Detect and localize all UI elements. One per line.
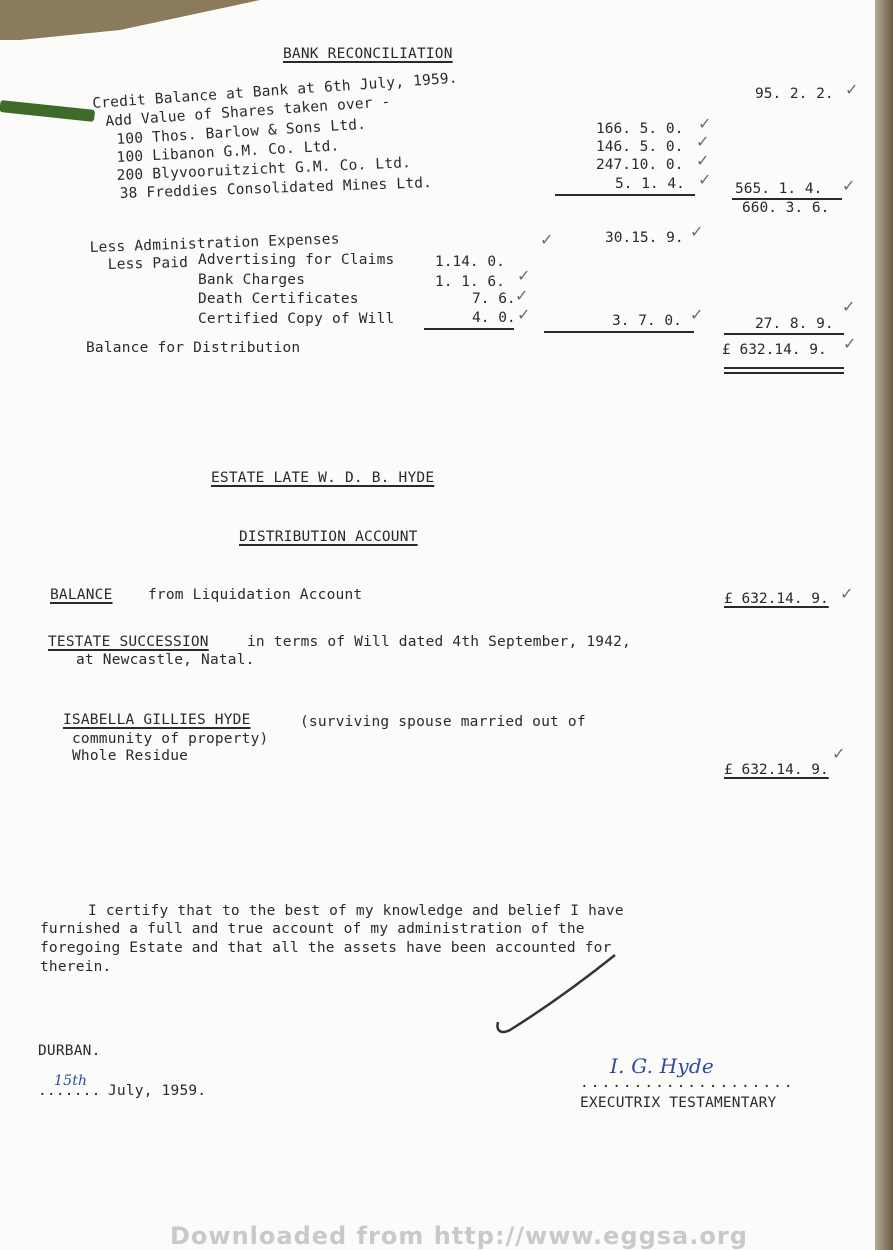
double-rule	[724, 372, 844, 374]
sum-rule	[555, 194, 695, 196]
balance-heading: BALANCE	[50, 587, 113, 603]
check-mark-icon: ✓	[698, 114, 711, 133]
pen-check-stroke	[490, 950, 620, 1040]
residue-label: Whole Residue	[72, 748, 188, 764]
check-mark-icon: ✓	[842, 297, 855, 316]
certification-line: therein.	[40, 959, 111, 975]
paid-item-amount: 7. 6.	[472, 291, 516, 307]
check-mark-icon: ✓	[517, 266, 530, 285]
share-amount: 247.10. 0.	[596, 157, 683, 173]
paid-label: Less Paid	[108, 255, 189, 273]
beneficiary-note: (surviving spouse married out of	[300, 714, 586, 730]
share-amount: 146. 5. 0.	[596, 139, 683, 155]
page-edge	[875, 0, 893, 1250]
sum-rule	[544, 331, 694, 333]
date-text: July, 1959.	[108, 1083, 206, 1099]
credit-balance-amount: 95. 2. 2.	[755, 86, 834, 102]
check-mark-icon: ✓	[517, 305, 530, 324]
balance-text: from Liquidation Account	[148, 587, 362, 603]
check-mark-icon: ✓	[840, 584, 853, 603]
check-mark-icon: ✓	[696, 132, 709, 151]
residue-amount: £ 632.14. 9.	[724, 762, 829, 778]
testate-text: in terms of Will dated 4th September, 19…	[247, 634, 631, 650]
check-mark-icon: ✓	[832, 744, 845, 763]
shares-total: 565. 1. 4.	[735, 181, 822, 197]
sum-rule	[724, 333, 844, 335]
balance-amount: £ 632.14. 9.	[724, 591, 829, 607]
share-amount: 166. 5. 0.	[596, 121, 683, 137]
balance-distribution-label: Balance for Distribution	[86, 340, 300, 356]
testate-heading: TESTATE SUCCESSION	[48, 634, 209, 650]
paid-item-label: Bank Charges	[198, 272, 305, 288]
paid-item-amount: 4. 0.	[472, 310, 516, 326]
paid-item-label: Death Certificates	[198, 291, 359, 307]
double-rule	[724, 367, 844, 369]
testate-text-continued: at Newcastle, Natal.	[76, 652, 255, 668]
check-mark-icon: ✓	[843, 334, 856, 353]
place-label: DURBAN.	[38, 1043, 101, 1059]
bank-reconciliation-title: BANK RECONCILIATION	[283, 46, 453, 62]
check-mark-icon: ✓	[540, 230, 553, 249]
beneficiary-note-continued: community of property)	[72, 731, 268, 747]
check-mark-icon: ✓	[696, 151, 709, 170]
sum-rule	[424, 328, 514, 330]
paid-item-label: Certified Copy of Will	[198, 311, 394, 327]
subtotal: 660. 3. 6.	[742, 200, 829, 216]
watermark: Downloaded from http://www.eggsa.org	[170, 1222, 748, 1250]
beneficiary-name: ISABELLA GILLIES HYDE	[63, 712, 251, 728]
deductions-total: 27. 8. 9.	[755, 316, 834, 332]
check-mark-icon: ✓	[842, 176, 855, 195]
admin-expenses-amount: 30.15. 9.	[605, 230, 684, 246]
certification-line: I certify that to the best of my knowled…	[88, 903, 624, 919]
check-mark-icon: ✓	[690, 305, 703, 324]
handwritten-day: 15th	[54, 1073, 87, 1089]
paid-total: 3. 7. 0.	[612, 313, 682, 329]
certification-line: furnished a full and true account of my …	[40, 921, 585, 937]
paid-item-label: Advertising for Claims	[198, 252, 394, 268]
check-mark-icon: ✓	[845, 80, 858, 99]
check-mark-icon: ✓	[515, 286, 528, 305]
signature-dots: ....................	[580, 1075, 795, 1091]
balance-distribution-amount: £ 632.14. 9.	[722, 342, 827, 358]
paid-item-amount: 1. 1. 6.	[435, 274, 505, 290]
distribution-account-title: DISTRIBUTION ACCOUNT	[239, 529, 418, 545]
paid-item-amount: 1.14. 0.	[435, 254, 505, 270]
share-amount: 5. 1. 4.	[615, 176, 685, 192]
check-mark-icon: ✓	[698, 170, 711, 189]
estate-title: ESTATE LATE W. D. B. HYDE	[211, 470, 434, 486]
signatory-title: EXECUTRIX TESTAMENTARY	[580, 1095, 776, 1111]
check-mark-icon: ✓	[690, 222, 703, 241]
